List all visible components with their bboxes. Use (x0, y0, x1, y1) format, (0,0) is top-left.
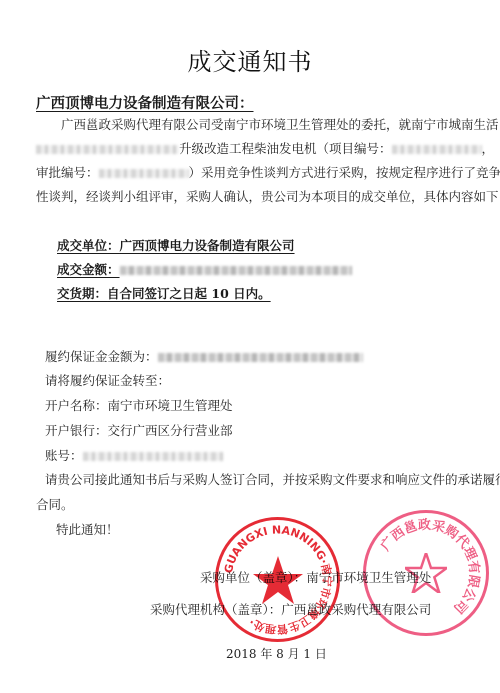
intro-line-2: 升级改造工程柴油发电机（项目编号：， (36, 141, 494, 157)
award-unit: 成交单位：广西顶博电力设备制造有限公司 (57, 236, 295, 254)
agency-seal-stamp: 广西邕政采购代理有限公司 (363, 510, 489, 636)
account-name-value: 南宁市环境卫生管理处 (108, 398, 233, 413)
addressee: 广西顶博电力设备制造有限公司： (36, 92, 254, 113)
intro-line-2-text: 升级改造工程柴油发电机（项目编号： (179, 141, 392, 156)
closing-notice: 特此通知！ (56, 520, 119, 538)
intro-line-2-end: ， (482, 141, 495, 156)
account-name-label: 开户名称： (45, 398, 108, 413)
bond-amount: 履约保证金金额为： (45, 347, 363, 365)
award-amount: 成交金额： (57, 260, 352, 278)
bond-amount-label: 履约保证金金额为： (45, 349, 158, 364)
seal-star-icon (253, 556, 303, 604)
account-number: 账号： (45, 446, 223, 464)
document-title: 成交通知书 (0, 42, 500, 77)
intro-line-3-text: ）采用竞争性谈判方式进行采购，按规定程序进行了竞争 (189, 165, 500, 180)
intro-line-4: 性谈判，经谈判小组评审，采购人确认，贵公司为本项目的成交单位，具体内容如下： (36, 189, 500, 205)
delivery-value: 自合同签订之日起 10 日内。 (107, 286, 271, 301)
redacted-approval-number (99, 169, 189, 178)
intro-line-3: 审批编号：）采用竞争性谈判方式进行采购，按规定程序进行了竞争 (36, 165, 500, 181)
redacted-bond-amount (158, 353, 363, 362)
award-unit-value: 广西顶博电力设备制造有限公司 (120, 238, 295, 253)
redacted-account-number (83, 452, 223, 461)
purchaser-seal-stamp: GUANGXI NANNING·南宁市环境卫生管理处· (215, 517, 340, 642)
closing-line-2: 合同。 (36, 495, 74, 513)
redacted-project-number (392, 145, 482, 154)
redacted-award-amount (120, 266, 352, 275)
award-unit-label: 成交单位： (57, 238, 120, 253)
approval-number-label: 审批编号： (36, 165, 99, 180)
document-date: 2018 年 8 月 1 日 (226, 645, 327, 662)
award-amount-label: 成交金额： (57, 262, 120, 277)
intro-line-1: 广西邕政采购代理有限公司受南宁市环境卫生管理处的委托，就南宁市城南生活 (61, 117, 499, 133)
delivery-period: 交货期：自合同签订之日起 10 日内。 (57, 284, 271, 302)
account-name: 开户名称：南宁市环境卫生管理处 (45, 396, 233, 414)
bank-label: 开户银行： (45, 423, 108, 438)
delivery-label: 交货期： (57, 286, 107, 301)
bank-value: 交行广西区分行营业部 (108, 423, 233, 438)
closing-line-1: 请贵公司接此通知书后与采购人签订合同，并按采购文件要求和响应文件的承诺履行 (45, 470, 500, 488)
bond-transfer-label: 请将履约保证金转至： (45, 371, 170, 389)
account-number-label: 账号： (45, 448, 83, 463)
seal-star-icon (405, 553, 447, 593)
redacted-project-name (36, 145, 179, 154)
bank-name: 开户银行：交行广西区分行营业部 (45, 421, 233, 439)
